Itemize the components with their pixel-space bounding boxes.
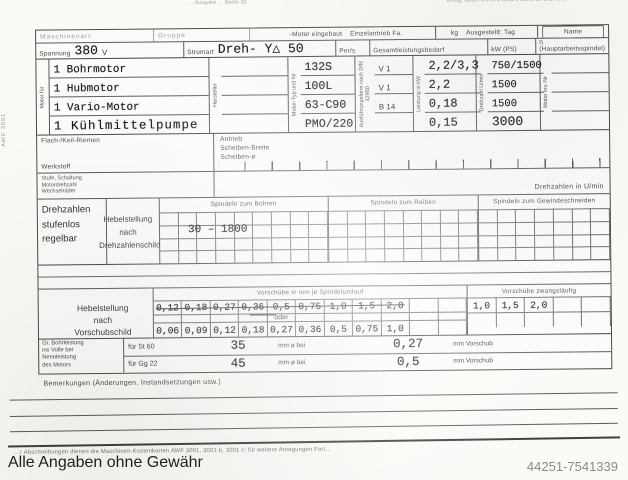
speeds-sublabels: Hebelstellung nach Drehzahlenschild <box>107 198 161 264</box>
column-hersteller: Hersteller <box>209 57 289 133</box>
leistung-kw: 0,15 <box>425 112 482 131</box>
bohren-cells <box>160 211 328 264</box>
label-motor-eingebaut: -Motor eingebaut <box>250 28 346 41</box>
motor-table: Motor für 1 Bohrmotor 1 Hubmotor 1 Vario… <box>36 54 609 135</box>
inv-nr-cell <box>552 111 609 130</box>
inv-nr-cell <box>552 92 609 112</box>
name-field: Name <box>538 25 608 38</box>
mm-vorschub-label: mm Vorschub <box>453 339 611 348</box>
listing-id-watermark: 44251-7541339 <box>527 459 618 474</box>
drilling-row-gg22: für Gg 22 45 mm ø bei 0,5 mm Vorschub <box>124 352 611 373</box>
section-gewindeschneiden: Spindeln zum Gewindeschneiden <box>478 194 611 260</box>
reiben-cells <box>329 209 478 261</box>
belt-left-cell: Flach-/Keil-Riemen Werkstoff <box>37 134 214 173</box>
zwang-values-row: 1,0 1,5 2,0 <box>468 296 611 312</box>
ausfuehrungsform: V 1 <box>374 56 412 75</box>
speed-range-value: 30 – 1800 <box>188 224 248 237</box>
feed-value: 0,5 <box>363 354 453 369</box>
feed-value: 0,12 <box>211 322 240 337</box>
feed-value: 0,27 <box>268 321 297 336</box>
mm-bei-label: mm ø bei <box>278 359 363 367</box>
motor-inv-nr-column-label: Motor Inv.-Nr <box>540 55 552 130</box>
field-spannung: Spannung 380 V <box>36 42 184 58</box>
field-maschinenart: Maschinenart <box>36 29 154 42</box>
material-label: für Gg 22 <box>124 360 198 368</box>
top-cutoff-print-left: … Ausgabe … Berlin 30 <box>188 0 247 6</box>
speeds-left1: Drehzahlen <box>42 203 104 218</box>
ruled-line <box>10 392 618 400</box>
column-motor-fuer: Motor für <box>36 59 50 134</box>
motor-name: 1 Vario-Motor <box>50 96 209 117</box>
hebelstellung-label: Hebelstellung <box>99 214 157 224</box>
drehzahlenschild-label: Drehzahlenschild <box>99 240 157 250</box>
field-gruppe: Gruppe <box>154 29 250 42</box>
volt-unit: V <box>102 48 107 57</box>
column-leistung: Leistung in kW 2,2/3,3 2,2 0,18 0,15 <box>413 55 477 131</box>
feed-value: 0,5 <box>325 321 354 336</box>
label-ausgestellt: Ausgestellt: Tag <box>462 26 538 39</box>
feeds-sublabels: Hebelstellung nach Vorschubschild <box>39 289 153 339</box>
scanned-document-page: … Ausgabe … Berlin 30 Verlag: Beuth-Vert… <box>0 0 628 480</box>
spindeln-reiben-header: Spindeln zum Reiben <box>329 195 478 210</box>
bohrleistung-label: Gr. Bohrleistung ins Volle bei Nennleist… <box>39 339 124 374</box>
leistung-kw: 0,18 <box>425 93 482 113</box>
top-cutoff-print-right: Verlag: Beuth-Vertrieb GmbH, Berlin 30 u… <box>446 0 567 4</box>
motor-typ: 63-C90 <box>301 95 355 115</box>
inv-nr-cell <box>552 73 609 93</box>
stromart-label: Stromart <box>187 49 214 56</box>
drehzahlen-stufenlos-label: Drehzahlen stufenlos regelbar <box>38 199 108 265</box>
gewinde-cells <box>479 208 610 260</box>
feeds-zwang-section: Vorschübe zwangsläufig 1,0 1,5 2,0 <box>467 284 611 334</box>
antrieb-label: Antrieb <box>220 135 269 142</box>
mm-bei-label: mm ø bei <box>278 341 363 349</box>
ausfuehrungsform: B 14 <box>375 94 413 113</box>
hersteller-cell <box>222 114 288 133</box>
motor-typ: 100L <box>301 76 355 96</box>
speeds-grid-block: Drehzahlen stufenlos regelbar Hebelstell… <box>38 194 611 265</box>
feed-value: 0,06 <box>154 323 183 338</box>
ruled-line <box>10 423 618 432</box>
drehzahl-u-min: 1500 <box>488 74 545 94</box>
feeds-block: Hebelstellung nach Vorschubschild Vorsch… <box>39 284 611 339</box>
belt-right-cell: Antrieb Scheiben-Breite Scheiben-ø <box>214 130 609 171</box>
flach-keil-riemen-label: Flach-/Keil-Riemen <box>41 136 209 145</box>
hersteller-column-label: Hersteller <box>209 58 222 133</box>
mm-vorschub-label: mm Vorschub <box>453 356 611 365</box>
leistung-kw: 2,2/3,3 <box>424 55 481 75</box>
scan-layer: … Ausgabe … Berlin 30 Verlag: Beuth-Vert… <box>0 0 628 480</box>
drehzahl-column-label: Drehzahl U/min <box>476 55 488 130</box>
drilling-rows: für St 60 35 mm ø bei 0,27 mm Vorschub f… <box>124 334 611 373</box>
column-drehzahl: Drehzahl U/min 750/1500 1500 1500 3000 <box>476 55 541 131</box>
motor-typ: 132S <box>300 57 354 77</box>
stromart-value: Dreh- Y△ 50 <box>218 42 304 56</box>
leistung-kw: 2,2 <box>425 74 482 94</box>
label-kg: kg <box>436 27 462 39</box>
material-label: für St 60 <box>124 343 198 351</box>
bemerkungen-label: Bemerkungen (Änderungen, Instandsetzunge… <box>43 379 221 388</box>
inv-nr-cell <box>551 54 608 74</box>
disclaimer-text: Alle Angaben ohne Gewähr <box>8 454 203 472</box>
drilling-capacity-block: Gr. Bohrleistung ins Volle bei Nennleist… <box>39 334 611 373</box>
feed-value: 0,18 <box>239 322 268 337</box>
feed-empty <box>410 297 439 312</box>
feed-value: 0,36 <box>296 321 325 336</box>
bohrleistung-line4: des Motors <box>42 362 120 370</box>
drehzahl-u-min: 750/1500 <box>487 55 544 75</box>
heavy-separator-line <box>8 436 620 447</box>
motor-typ: PMO/220 <box>301 114 355 133</box>
stufe-schaltung-label: Stufe, Schaltung Motordrehzahl Wechselrä… <box>37 172 214 199</box>
name-box: Name <box>542 25 604 39</box>
label-kw-ps: kW (PS) <box>488 39 536 54</box>
zwang-empty <box>582 296 611 311</box>
column-motor-typ: Motor-Typ und Nr 132S 100L 63-C90 PMO/22… <box>288 57 356 133</box>
column-motor-inv-nr: Motor Inv.-Nr <box>540 54 609 130</box>
label-per-s: Per/s <box>336 40 370 55</box>
ausfuehrungsform: V 1 <box>375 75 413 94</box>
feeds-main-section: Vorschübe in mm je Spindelumlauf 0,12 0,… <box>153 285 467 337</box>
zwang-value: 1,0 <box>468 297 497 312</box>
ruled-line <box>10 408 618 417</box>
diameter-value: 45 <box>198 356 278 371</box>
feed-empty <box>438 297 467 312</box>
nach-label: nach <box>99 227 157 237</box>
column-ausfuehrungsform: Ausführungsform nach DIN 42950 V 1 V 1 B… <box>355 56 414 132</box>
spannung-value: 380 <box>74 44 98 57</box>
feeds-hebelstellung-label: Hebelstellung <box>55 303 151 314</box>
speeds-left2: stufenlos <box>42 218 104 233</box>
field-stromart: Stromart Dreh- Y△ 50 <box>184 41 336 57</box>
feed-value: 0,75 <box>353 321 382 336</box>
spindeln-gewinde-header: Spindeln zum Gewindeschneiden <box>479 194 610 209</box>
leistung-column-label: Leistung in kW <box>413 56 425 131</box>
vorschubschild-label: Vorschubschild <box>55 327 151 338</box>
stufe-line3: Wechselräder <box>42 187 210 195</box>
hersteller-cell <box>222 76 288 96</box>
zwang-empty-row <box>468 311 611 327</box>
werkstoff-label: Werkstoff <box>41 162 209 171</box>
zwang-value: 1,5 <box>496 297 525 312</box>
drehzahl-u-min: 3000 <box>488 112 545 131</box>
machine-card-form: Maschinenart Gruppe -Motor eingebaut Ein… <box>35 24 612 374</box>
speeds-left3: regelbar <box>42 232 104 247</box>
form-number-margin: AWF 3091 <box>1 113 7 147</box>
motor-name: 1 Hubmotor <box>50 77 209 98</box>
scheiben-breite-label: Scheiben-Breite <box>220 144 269 151</box>
feed-value: 1,0 <box>381 320 410 335</box>
scheiben-durchmesser-label: Scheiben-ø <box>220 153 269 160</box>
belt-block: Flach-/Keil-Riemen Werkstoff Antrieb Sch… <box>37 130 609 173</box>
motor-name: 1 Bohrmotor <box>49 58 208 79</box>
label-eta-hauptarbeitsspindel: η (Hauptarbeitsspindel) <box>536 38 608 54</box>
feed-value: 0,27 <box>363 337 453 352</box>
spannung-label: Spannung <box>39 50 70 57</box>
feeds-nach-label: nach <box>55 315 151 326</box>
motor-typ-column-label: Motor-Typ und Nr <box>288 57 301 132</box>
diameter-value: 35 <box>198 339 278 354</box>
feed-value: 0,09 <box>182 322 211 337</box>
ausfuehrungsform-column-label: Ausführungsform nach DIN 42950 <box>355 56 375 131</box>
hersteller-cell <box>222 95 288 115</box>
hersteller-cell <box>221 57 287 77</box>
drehzahlen-u-min-label: Drehzahlen in U/min <box>535 183 604 191</box>
label-gesamtleistungsbedarf: Gesamtleistungsbedarf <box>370 39 488 55</box>
feed-empty <box>410 320 439 335</box>
feeds-values-row: 0,06 0,09 0,12 0,18 0,27 0,36 0,5 0,75 1… <box>154 320 467 338</box>
zwang-value: 2,0 <box>525 297 554 312</box>
ausfuehrungsform <box>375 113 413 131</box>
drehzahl-u-min: 1500 <box>488 93 545 113</box>
feed-empty <box>438 320 467 335</box>
section-reiben: Spindeln zum Reiben <box>328 195 479 261</box>
label-einzelantrieb: Einzelantrieb Fa. <box>346 27 436 40</box>
motor-name: 1 Kühlmittelpumpe <box>50 115 209 135</box>
motor-fuer-label: Motor für <box>36 60 49 135</box>
zwang-empty <box>553 296 582 311</box>
stufe-right-cell: Drehzahlen in U/min <box>214 168 609 197</box>
column-motor-names: 1 Bohrmotor 1 Hubmotor 1 Vario-Motor 1 K… <box>49 58 210 135</box>
